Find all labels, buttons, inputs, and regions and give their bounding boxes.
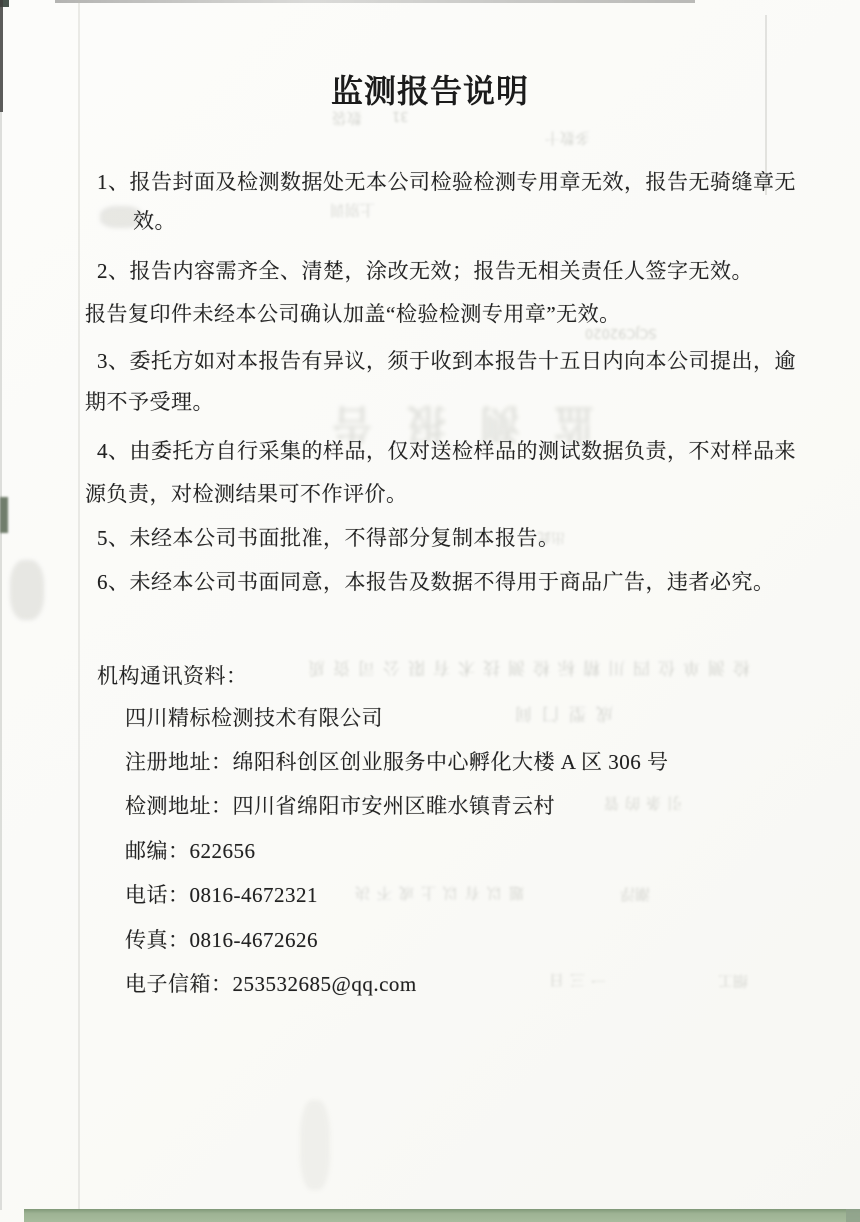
note-2-line-1: 2、报告内容需齐全、清楚，涂改无效；报告无相关责任人签字无效。 [97, 259, 753, 283]
scan-ink-mark [0, 497, 8, 533]
scan-smudge [10, 560, 44, 620]
contact-email: 电子信箱：253532685@qq.com [125, 972, 417, 996]
scan-smudge [300, 1100, 330, 1190]
contact-test-address: 检测地址：四川省绵阳市安州区睢水镇青云村 [125, 794, 555, 818]
scan-left-edge-faint [0, 112, 2, 1210]
bleed-through-mark: SCJC92020 [585, 325, 657, 340]
bleed-through-mark: 题以有以上或不决 [348, 883, 524, 904]
note-3-line-1: 3、委托方如对本报告有异议，须于收到本报告十五日内向本公司提出，逾 [97, 349, 796, 373]
scanner-bed-band [24, 1209, 860, 1222]
note-1-line-1: 1、报告封面及检测数据处无本公司检验检测专用章无效，报告无骑缝章无 [97, 170, 796, 194]
scanned-report-page: 数袋 31 多数十 上别训 SCJC92020 监测报告 出此 检测单位四川精标… [0, 0, 860, 1222]
contact-registered-address: 注册地址：绵阳科创区创业服务中心孵化大楼 A 区 306 号 [125, 750, 669, 774]
contact-company-name: 四川精标检测技术有限公司 [125, 706, 383, 730]
scan-top-edge-shadow [55, 0, 695, 3]
contact-phone: 电话：0816-4672321 [125, 883, 318, 907]
note-1-line-2: 效。 [133, 209, 176, 233]
bleed-through-mark: 成型门间 [505, 703, 613, 728]
contact-postcode: 邮编：622656 [125, 839, 256, 863]
bleed-through-mark: 潮浮 [620, 884, 650, 905]
bleed-through-mark: 引条的管 [598, 793, 682, 814]
contact-heading: 机构通讯资料： [97, 664, 248, 688]
scan-corner-mark [0, 0, 9, 7]
note-3-line-2: 期不予受理。 [85, 390, 214, 414]
paper-crease-line [78, 0, 80, 1209]
bleed-through-mark: 上别训 [330, 200, 375, 221]
bleed-through-mark: 一三日 [543, 970, 606, 991]
note-4-line-2: 源负责，对检测结果可不作评价。 [85, 482, 408, 506]
note-5-line: 5、未经本公司书面批准，不得部分复制本报告。 [97, 526, 560, 550]
note-2-line-2: 报告复印件未经本公司确认加盖“检验检测专用章”无效。 [85, 302, 621, 326]
note-4-line-1: 4、由委托方自行采集的样品，仅对送检样品的测试数据负责，不对样品来 [97, 439, 796, 463]
page-title: 监测报告说明 [0, 66, 860, 112]
contact-fax: 传真：0816-4672626 [125, 928, 318, 952]
bleed-through-mark: 多数十 [545, 128, 590, 149]
bleed-through-mark: 检测单位四川精标检测技术有限公司资质 [300, 657, 750, 682]
scanner-bed-band-end [846, 1209, 860, 1222]
note-6-line: 6、未经本公司书面同意，本报告及数据不得用于商品广告，违者必究。 [97, 570, 775, 594]
bleed-through-mark: 细工 [718, 971, 748, 992]
